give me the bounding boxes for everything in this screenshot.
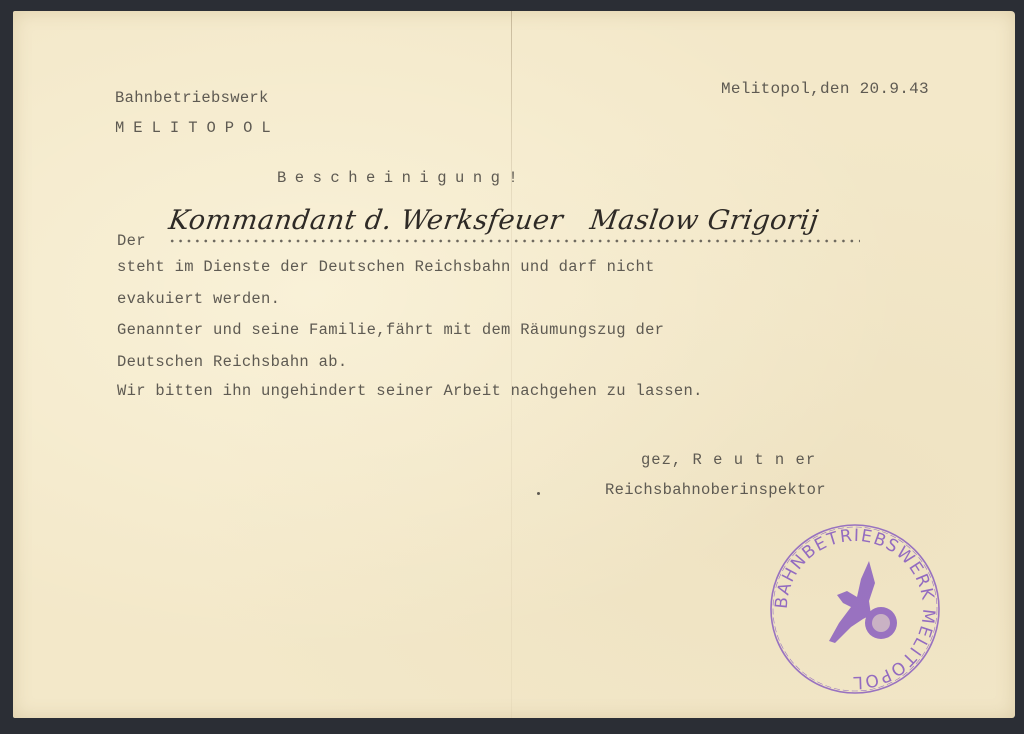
official-stamp: BAHNBETRIEBSWERK MELITOPOL — [765, 519, 945, 699]
letterhead-org-line2: MELITOPOL — [115, 119, 280, 137]
eagle-with-wreath-emblem-icon — [829, 561, 897, 643]
document-title: Bescheinigung! — [277, 169, 526, 187]
body-line-3: Genannter und seine Familie,fährt mit de… — [117, 321, 664, 339]
dotted-fill-line — [168, 239, 860, 243]
letterhead-org-line1: Bahnbetriebswerk — [115, 89, 269, 107]
body-line-4: Deutschen Reichsbahn ab. — [117, 353, 347, 371]
body-line-2: evakuiert werden. — [117, 290, 280, 308]
handwritten-name-entry: Kommandant d. Werksfeuer Maslow Grigorij — [167, 205, 821, 236]
place-and-date: Melitopol,den 20.9.43 — [721, 80, 929, 98]
stray-ink-dot — [537, 492, 540, 495]
body-line-1: steht im Dienste der Deutschen Reichsbah… — [117, 258, 655, 276]
document-sheet: Bahnbetriebswerk MELITOPOL Melitopol,den… — [13, 11, 1015, 718]
body-prefix: Der — [117, 232, 146, 250]
center-fold-crease — [511, 11, 512, 718]
signature-signed: gez, R e u t n er — [641, 451, 816, 469]
signature-title: Reichsbahnoberinspektor — [605, 481, 826, 499]
body-line-5: Wir bitten ihn ungehindert seiner Arbeit… — [117, 382, 703, 400]
